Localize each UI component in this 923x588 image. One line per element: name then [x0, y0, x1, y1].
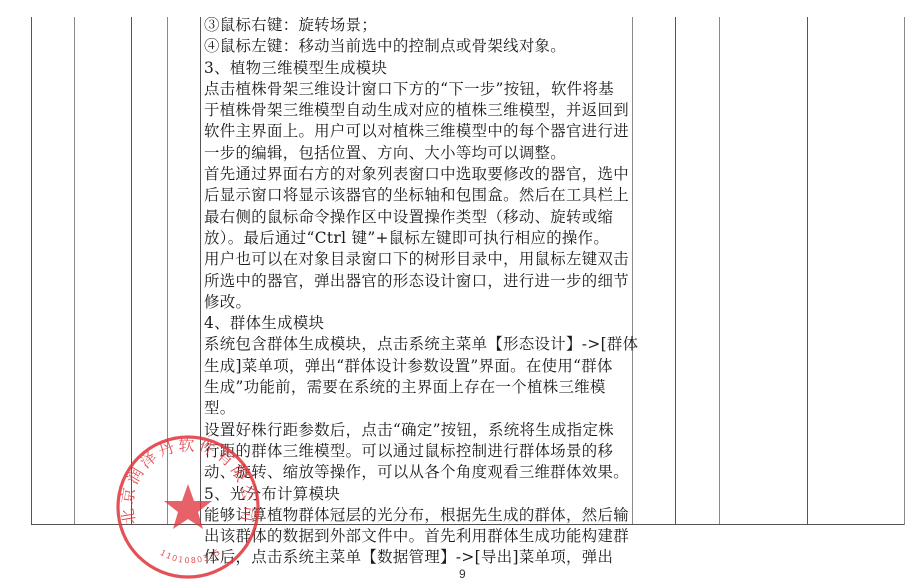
table-border-col-9 [807, 17, 808, 525]
text-line: ④鼠标左键：移动当前选中的控制点或骨架线对象。 [204, 36, 624, 57]
text-line: 能够计算植物群体冠层的光分布，根据先生成的群体，然后输 [204, 505, 624, 526]
section-heading: 4、群体生成模块 [204, 313, 624, 334]
page-number: 9 [459, 567, 466, 581]
text-line: 修改。 [204, 292, 624, 313]
text-line: 设置好株行距参数后，点击“确定”按钮，系统将生成指定株 [204, 420, 624, 441]
table-border-col-5 [200, 17, 201, 525]
table-border-col-6 [632, 17, 633, 525]
text-line: 体后，点击系统主菜单【数据管理】->[导出]菜单项，弹出 [204, 547, 624, 568]
table-border-col-8 [719, 17, 720, 525]
text-line: 首先通过界面右方的对象列表窗口中选取要修改的器官，选中 [204, 164, 624, 185]
text-line: 系统包含群体生成模块，点击系统主菜单【形态设计】->[群体 [204, 334, 624, 355]
section-heading: 5、光分布计算模块 [204, 484, 624, 505]
table-border-col-10 [904, 17, 905, 525]
text-line: 一步的编辑，包括位置、方向、大小等均可以调整。 [204, 143, 624, 164]
table-border-col-2 [74, 17, 75, 525]
table-border-col-3 [131, 17, 132, 525]
text-line: 生成”功能前，需要在系统的主界面上存在一个植株三维模 [204, 377, 624, 398]
text-line: 出该群体的数据到外部文件中。首先利用群体生成功能构建群 [204, 526, 624, 547]
table-border-col-1 [31, 17, 32, 525]
text-line: 动、旋转、缩放等操作，可以从各个角度观看三维群体效果。 [204, 462, 624, 483]
text-line: 所选中的器官，弹出器官的形态设计窗口，进行进一步的细节 [204, 271, 624, 292]
text-line: 最右侧的鼠标命令操作区中设置操作类型（移动、旋转或缩 [204, 207, 624, 228]
section-heading: 3、植物三维模型生成模块 [204, 58, 624, 79]
text-line: 型。 [204, 398, 624, 419]
table-border-col-7 [675, 17, 676, 525]
text-line: 于植株骨架三维模型自动生成对应的植株三维模型，并返回到 [204, 100, 624, 121]
text-line: 放）。最后通过“Ctrl 键”+鼠标左键即可执行相应的操作。 [204, 228, 624, 249]
description-cell: ③鼠标右键：旋转场景； ④鼠标左键：移动当前选中的控制点或骨架线对象。 3、植物… [204, 15, 624, 569]
table-border-col-4 [167, 17, 168, 525]
text-line: 行距的群体三维模型。可以通过鼠标控制进行群体场景的移 [204, 441, 624, 462]
text-line: 后显示窗口将显示该器官的坐标轴和包围盒。然后在工具栏上 [204, 185, 624, 206]
text-line: 用户也可以在对象目录窗口下的树形目录中，用鼠标左键双击 [204, 249, 624, 270]
text-line: 生成]菜单项，弹出“群体设计参数设置”界面。在使用“群体 [204, 356, 624, 377]
text-line: ③鼠标右键：旋转场景； [204, 15, 624, 36]
text-line: 点击植株骨架三维设计窗口下方的“下一步”按钮，软件将基 [204, 79, 624, 100]
text-line: 软件主界面上。用户可以对植株三维模型中的每个器官进行进 [204, 121, 624, 142]
